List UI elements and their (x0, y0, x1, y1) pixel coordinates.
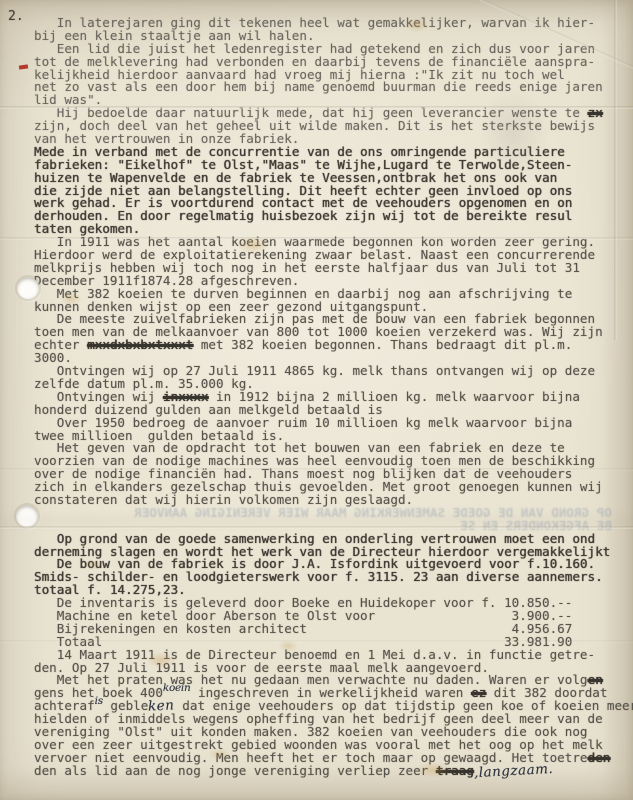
struck-out-text: den (588, 750, 611, 765)
paper-seam (0, 526, 633, 529)
hole-punch (16, 505, 38, 527)
paper-crease (0, 640, 633, 643)
paper-seam (0, 237, 633, 240)
handwritten-annotation: koein (163, 682, 191, 694)
handwritten-annotation: is (95, 695, 103, 707)
struck-out-text: traag (436, 763, 474, 778)
text-line: den als lid aan de nog jonge vereniging … (34, 765, 627, 778)
page-number: 2. (8, 9, 24, 24)
handwritten-annotation: ken (148, 700, 175, 714)
ink-bleedthrough-blob (478, 88, 548, 178)
struck-out-text: mxxdxbxbxtxxxt (87, 337, 193, 352)
typewritten-text: met 382 koeien begonnen. Thans bedraagt … (193, 337, 572, 352)
handwritten-annotation: ,langzaam. (473, 763, 553, 780)
paper-crease (0, 468, 633, 471)
hole-punch (17, 277, 39, 299)
typewritten-text: den als lid aan de nog jonge vereniging … (34, 763, 436, 778)
paper-crease-vertical (614, 0, 617, 340)
scanned-document-page: 2. In laterejaren ging dit tekenen heel … (0, 0, 633, 800)
red-pencil-mark (19, 64, 28, 69)
text-line: echter mxxdxbxbxtxxxt met 382 koeien beg… (34, 339, 627, 352)
